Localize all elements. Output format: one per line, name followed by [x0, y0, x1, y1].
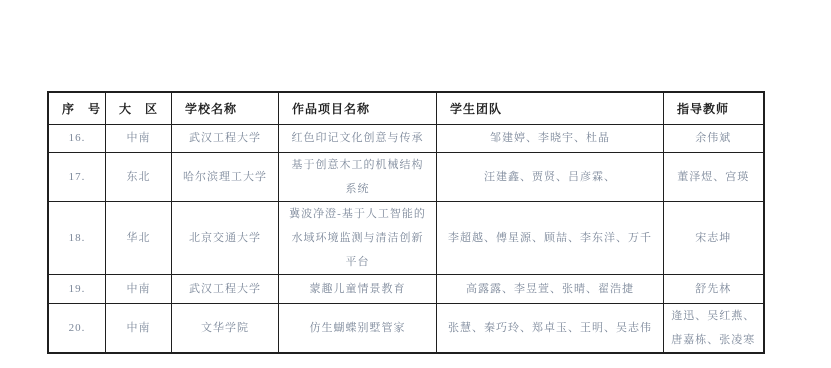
- table-row: 18. 华北 北京交通大学 冀波净澄-基于人工智能的水域环境监测与清洁创新平台 …: [48, 201, 764, 274]
- cell-teacher: 逄迅、吴红燕、唐嘉栋、张凌寒: [664, 303, 764, 353]
- table-row: 16. 中南 武汉工程大学 红色印记文化创意与传承 邹建婷、李晓宇、杜晶 余伟斌: [48, 124, 764, 152]
- header-cell-serial: 序 号: [48, 92, 106, 124]
- cell-team: 张慧、秦巧玲、郑卓玉、王明、吴志伟: [437, 303, 664, 353]
- cell-serial: 17.: [48, 152, 106, 201]
- cell-region: 中南: [106, 303, 172, 353]
- table-header-row: 序 号 大 区 学校名称 作品项目名称 学生团队 指导教师: [48, 92, 764, 124]
- award-list-table: 序 号 大 区 学校名称 作品项目名称 学生团队 指导教师 16. 中南 武汉工…: [47, 91, 765, 354]
- cell-teacher: 舒先林: [664, 274, 764, 303]
- cell-project: 红色印记文化创意与传承: [279, 124, 437, 152]
- cell-school: 哈尔滨理工大学: [172, 152, 279, 201]
- cell-school: 北京交通大学: [172, 201, 279, 274]
- header-cell-project: 作品项目名称: [279, 92, 437, 124]
- cell-team: 高露露、李昱萱、张晴、翟浩捷: [437, 274, 664, 303]
- header-cell-school: 学校名称: [172, 92, 279, 124]
- cell-teacher: 余伟斌: [664, 124, 764, 152]
- cell-school: 武汉工程大学: [172, 274, 279, 303]
- cell-serial: 18.: [48, 201, 106, 274]
- header-cell-team: 学生团队: [437, 92, 664, 124]
- cell-region: 东北: [106, 152, 172, 201]
- header-cell-teacher: 指导教师: [664, 92, 764, 124]
- table-row: 17. 东北 哈尔滨理工大学 基于创意木工的机械结构系统 汪建鑫、贾贤、吕彦霖、…: [48, 152, 764, 201]
- cell-project: 仿生蝴蝶别墅管家: [279, 303, 437, 353]
- header-cell-region: 大 区: [106, 92, 172, 124]
- cell-project: 冀波净澄-基于人工智能的水域环境监测与清洁创新平台: [279, 201, 437, 274]
- cell-serial: 19.: [48, 274, 106, 303]
- cell-serial: 16.: [48, 124, 106, 152]
- cell-region: 中南: [106, 124, 172, 152]
- cell-serial: 20.: [48, 303, 106, 353]
- cell-teacher: 董泽煜、宫瑛: [664, 152, 764, 201]
- cell-team: 汪建鑫、贾贤、吕彦霖、: [437, 152, 664, 201]
- cell-school: 武汉工程大学: [172, 124, 279, 152]
- cell-team: 李超越、傅星源、顾喆、李东洋、万千: [437, 201, 664, 274]
- document-page: 序 号 大 区 学校名称 作品项目名称 学生团队 指导教师 16. 中南 武汉工…: [0, 0, 831, 368]
- cell-project: 基于创意木工的机械结构系统: [279, 152, 437, 201]
- cell-project: 蒙趣儿童情景教育: [279, 274, 437, 303]
- table-row: 20. 中南 文华学院 仿生蝴蝶别墅管家 张慧、秦巧玲、郑卓玉、王明、吴志伟 逄…: [48, 303, 764, 353]
- table-row: 19. 中南 武汉工程大学 蒙趣儿童情景教育 高露露、李昱萱、张晴、翟浩捷 舒先…: [48, 274, 764, 303]
- cell-region: 华北: [106, 201, 172, 274]
- cell-team: 邹建婷、李晓宇、杜晶: [437, 124, 664, 152]
- cell-region: 中南: [106, 274, 172, 303]
- cell-teacher: 宋志坤: [664, 201, 764, 274]
- cell-school: 文华学院: [172, 303, 279, 353]
